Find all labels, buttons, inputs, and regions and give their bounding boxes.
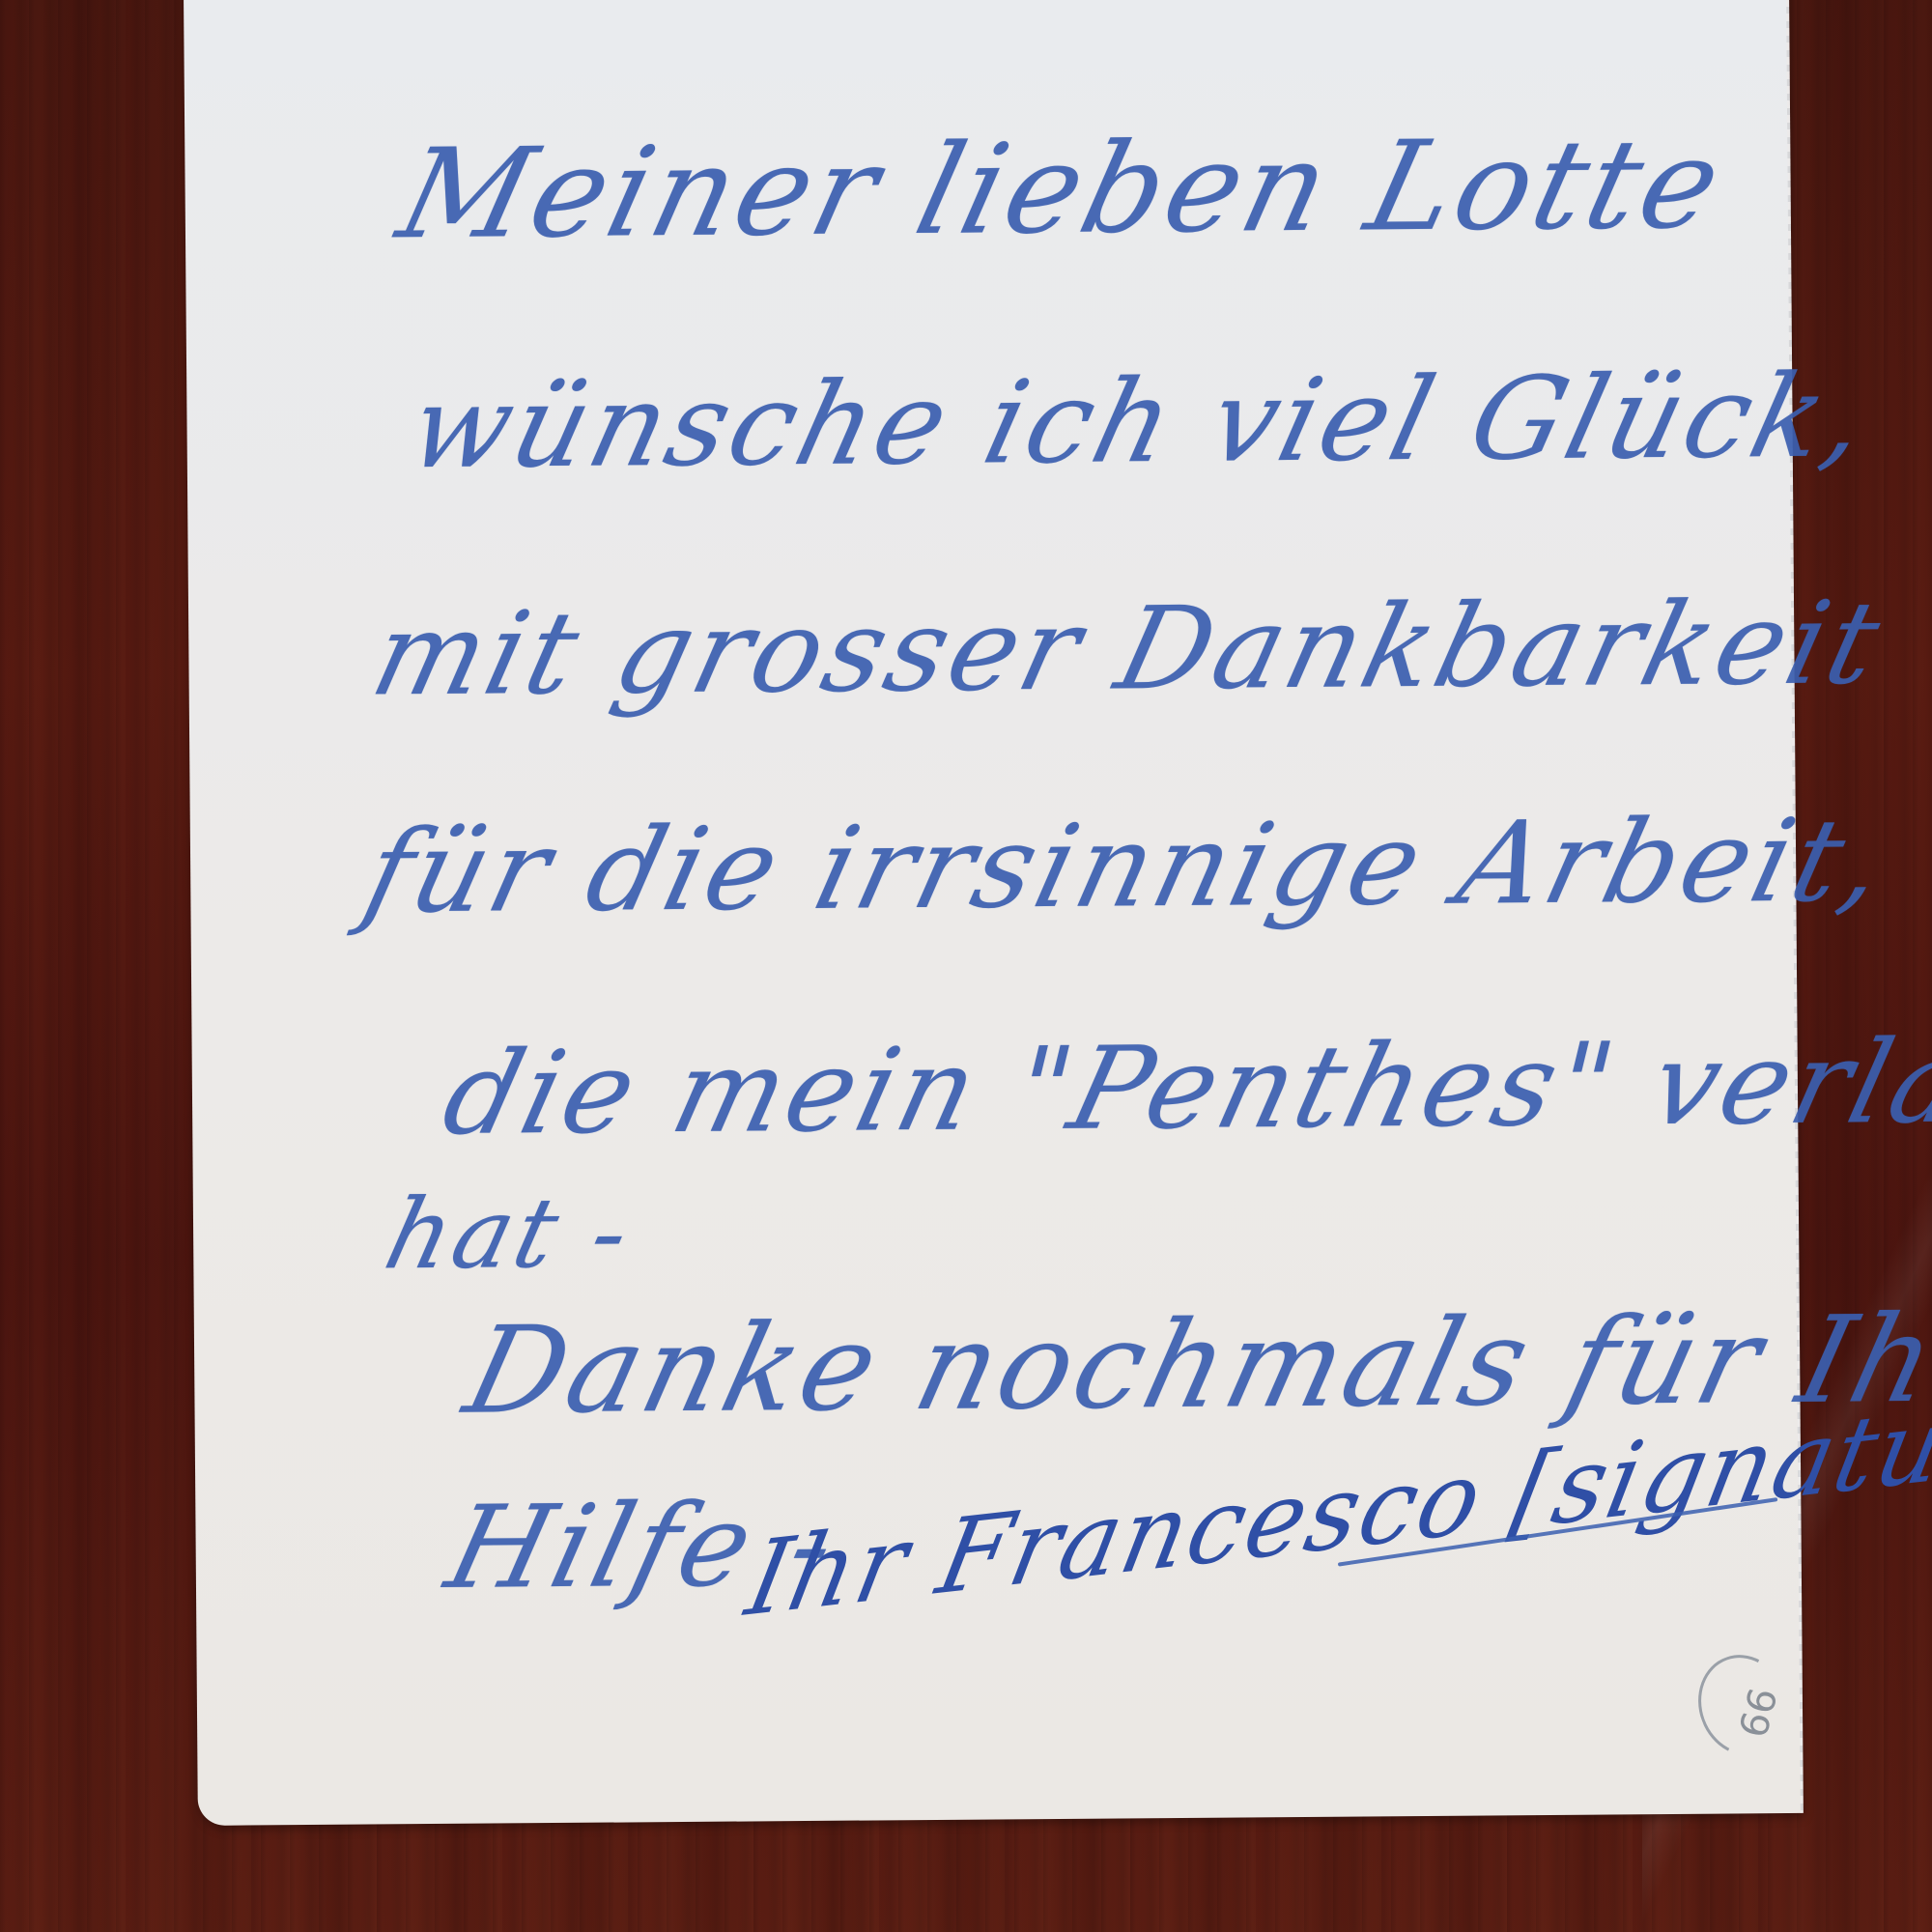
letter-paper: Meiner lieben Lotte wünsche ich viel Glü… [184,0,1802,1826]
letter-line: wünsche ich viel Glück, [400,358,1881,484]
handwritten-letter: Meiner lieben Lotte wünsche ich viel Glü… [184,0,1802,1826]
letter-line: mit grosser Dankbarkeit [363,585,1893,711]
letter-line: für die irrsinnige Arbeit, [355,803,1899,929]
letter-line-salutation: Meiner lieben Lotte [388,123,1735,257]
letter-line: die mein "Penthes" verlangt [434,1023,1932,1151]
page-number-text: 66 [1732,1684,1787,1743]
circled-page-number: 66 [1684,1642,1803,1769]
letter-line: hat - [378,1184,642,1283]
